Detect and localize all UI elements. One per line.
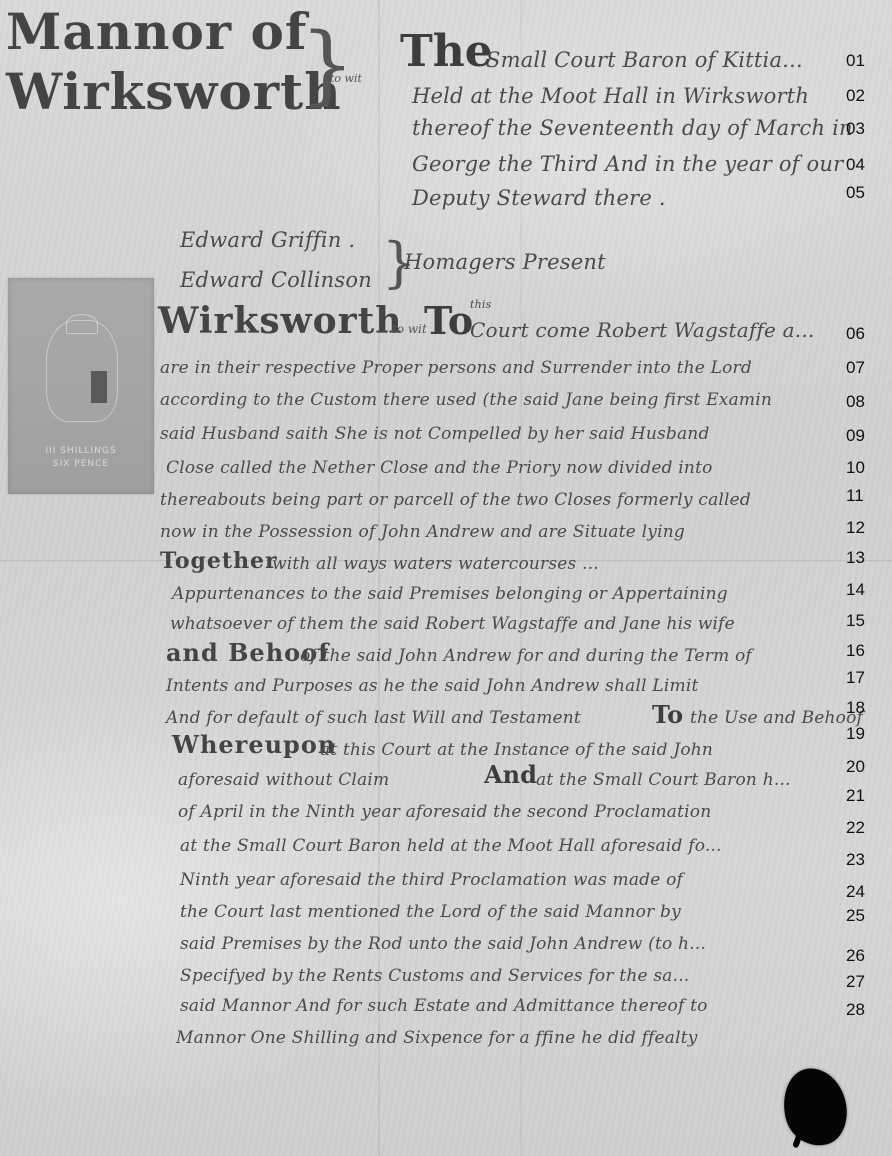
body-line-23: Ninth year aforesaid the third Proclamat…	[180, 870, 683, 890]
body-line-25: said Premises by the Rod unto the said J…	[180, 934, 706, 954]
body-line-24: the Court last mentioned the Lord of the…	[180, 902, 681, 922]
line-number-22: 22	[846, 818, 880, 838]
line-number-07: 07	[846, 358, 880, 378]
line-number-25: 25	[846, 906, 880, 926]
header-line-03: thereof the Seventeenth day of March in	[412, 116, 853, 140]
body-line-26: Specifyed by the Rents Customs and Servi…	[180, 966, 689, 986]
lead-whereupon: Whereupon	[172, 730, 336, 759]
section-to-wit-label: to wit	[392, 322, 427, 336]
line-number-10: 10	[846, 458, 880, 478]
line-number-16: 16	[846, 641, 880, 661]
line-number-04: 04	[846, 155, 880, 175]
body-line-13: with all ways waters watercourses ...	[272, 554, 599, 574]
line-number-27: 27	[846, 972, 880, 992]
initial-the: The	[400, 26, 493, 77]
line-number-03: 03	[846, 119, 880, 139]
body-line-19: at this Court at the Instance of the sai…	[320, 740, 713, 760]
body-line-21: of April in the Ninth year aforesaid the…	[178, 802, 711, 822]
header-line-04: George the Third And in the year of our	[412, 152, 843, 176]
initial-and-line20: And	[484, 760, 537, 789]
section-place-wirksworth: Wirksworth	[158, 300, 402, 342]
stamp-value-line2: SIX PENCE	[8, 459, 154, 469]
line-number-23: 23	[846, 850, 880, 870]
body-line-28: Mannor One Shilling and Sixpence for a f…	[176, 1028, 698, 1048]
homagers-present-label: Homagers Present	[404, 250, 606, 274]
stamp-shield-mark	[91, 371, 107, 403]
heading-wirksworth: Wirksworth	[6, 62, 342, 121]
body-line-18-tail: the Use and Behoof	[690, 708, 863, 728]
body-line-20: aforesaid without Claim	[178, 770, 389, 790]
superscript-this: this	[470, 298, 491, 311]
header-line-05: Deputy Steward there .	[412, 186, 666, 210]
body-line-22: at the Small Court Baron held at the Moo…	[180, 836, 722, 856]
line-number-09: 09	[846, 426, 880, 446]
to-wit-label: to wit	[330, 72, 362, 85]
body-line-17: Intents and Purposes as he the said John…	[166, 676, 698, 696]
body-line-15: whatsoever of them the said Robert Wagst…	[170, 614, 735, 634]
revenue-stamp: III SHILLINGS SIX PENCE	[8, 278, 154, 494]
coat-of-arms-icon	[46, 320, 118, 422]
line-number-02: 02	[846, 86, 880, 106]
body-line-14: Appurtenances to the said Premises belon…	[172, 584, 728, 604]
body-line-20-tail: at the Small Court Baron h...	[536, 770, 791, 790]
initial-to-line18: To	[652, 700, 683, 729]
stamp-value-line1: III SHILLINGS	[8, 446, 154, 456]
body-line-06: Court come Robert Wagstaffe a...	[470, 318, 814, 342]
initial-to: To	[424, 298, 473, 343]
line-number-15: 15	[846, 611, 880, 631]
line-number-20: 20	[846, 757, 880, 777]
line-number-08: 08	[846, 392, 880, 412]
body-line-10: Close called the Nether Close and the Pr…	[166, 458, 713, 478]
line-number-17: 17	[846, 668, 880, 688]
body-line-18: And for default of such last Will and Te…	[166, 708, 581, 728]
homager-name-1: Edward Griffin .	[180, 228, 355, 252]
body-line-16: of the said John Andrew for and during t…	[300, 646, 752, 666]
line-number-26: 26	[846, 946, 880, 966]
line-number-13: 13	[846, 548, 880, 568]
line-number-01: 01	[846, 51, 880, 71]
brace-icon: }	[300, 22, 355, 108]
body-line-09: said Husband saith She is not Compelled …	[160, 424, 710, 444]
body-line-08: according to the Custom there used (the …	[160, 390, 772, 410]
line-number-05: 05	[846, 183, 880, 203]
line-number-18: 18	[846, 698, 880, 718]
line-number-24: 24	[846, 882, 880, 902]
line-number-28: 28	[846, 1000, 880, 1020]
body-line-12: now in the Possession of John Andrew and…	[160, 522, 685, 542]
body-line-27: said Mannor And for such Estate and Admi…	[180, 996, 708, 1016]
homager-name-2: Edward Collinson	[180, 268, 372, 292]
line-number-12: 12	[846, 518, 880, 538]
header-line-02: Held at the Moot Hall in Wirksworth	[412, 84, 809, 108]
line-number-14: 14	[846, 580, 880, 600]
header-line-01: Small Court Baron of Kittia...	[486, 48, 803, 72]
lead-together: Together	[160, 548, 278, 574]
heading-manor-of: Mannor of	[6, 2, 307, 61]
body-line-11: thereabouts being part or parcell of the…	[160, 490, 751, 510]
line-number-21: 21	[846, 786, 880, 806]
body-line-07: are in their respective Proper persons a…	[160, 358, 752, 378]
line-number-11: 11	[846, 486, 880, 506]
line-number-06: 06	[846, 324, 880, 344]
line-number-19: 19	[846, 724, 880, 744]
